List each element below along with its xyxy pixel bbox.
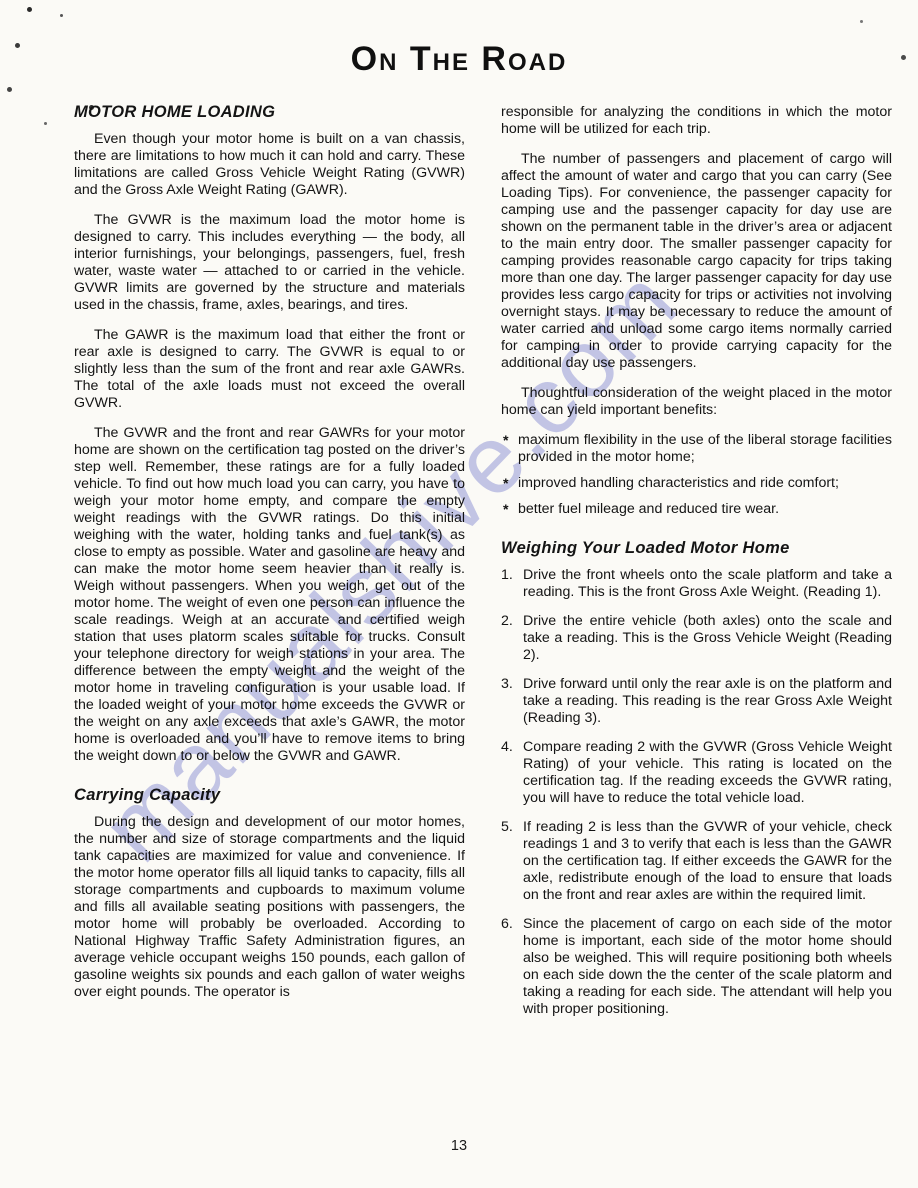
step-number: 4. — [501, 739, 523, 807]
section-heading-weighing: Weighing Your Loaded Motor Home — [501, 540, 892, 557]
scan-artifacts — [0, 0, 3, 3]
step-number: 5. — [501, 819, 523, 904]
step-number: 1. — [501, 567, 523, 601]
step-text: If reading 2 is less than the GVWR of yo… — [523, 819, 892, 904]
step-text: Drive forward until only the rear axle i… — [523, 676, 892, 727]
benefit-item-handling: * improved handling characteristics and … — [501, 475, 892, 492]
paragraph-continuation: responsible for analyzing the conditions… — [501, 104, 892, 138]
paragraph-gvwr-definition: The GVWR is the maximum load the motor h… — [74, 212, 465, 314]
step-number: 6. — [501, 916, 523, 1018]
manual-page: On The Road MOTOR HOME LOADING Even thou… — [0, 0, 918, 1188]
section-heading-carrying-capacity: Carrying Capacity — [74, 787, 465, 804]
right-column: responsible for analyzing the conditions… — [501, 104, 892, 1030]
step-text: Drive the entire vehicle (both axles) on… — [523, 613, 892, 664]
paragraph-certification-tag: The GVWR and the front and rear GAWRs fo… — [74, 425, 465, 765]
step-text: Drive the front wheels onto the scale pl… — [523, 567, 892, 601]
weighing-step-4: 4. Compare reading 2 with the GVWR (Gros… — [501, 739, 892, 807]
asterisk-bullet-icon: * — [503, 502, 509, 519]
paragraph-passengers-cargo: The number of passengers and placement o… — [501, 151, 892, 372]
weighing-step-1: 1. Drive the front wheels onto the scale… — [501, 567, 892, 601]
paragraph-gawr-definition: The GAWR is the maximum load that either… — [74, 327, 465, 412]
step-text: Compare reading 2 with the GVWR (Gross V… — [523, 739, 892, 807]
weighing-step-2: 2. Drive the entire vehicle (both axles)… — [501, 613, 892, 664]
paragraph-carrying-capacity: During the design and development of our… — [74, 814, 465, 1001]
benefit-text: improved handling characteristics and ri… — [518, 475, 839, 491]
weighing-step-6: 6. Since the placement of cargo on each … — [501, 916, 892, 1018]
asterisk-bullet-icon: * — [503, 433, 509, 450]
page-title: On The Road — [0, 40, 918, 79]
step-text: Since the placement of cargo on each sid… — [523, 916, 892, 1018]
asterisk-bullet-icon: * — [503, 476, 509, 493]
paragraph-van-chassis: Even though your motor home is built on … — [74, 131, 465, 199]
step-number: 2. — [501, 613, 523, 664]
benefit-text: maximum flexibility in the use of the li… — [518, 432, 892, 465]
section-heading-motor-home-loading: MOTOR HOME LOADING — [74, 104, 465, 121]
weighing-step-5: 5. If reading 2 is less than the GVWR of… — [501, 819, 892, 904]
two-column-layout: MOTOR HOME LOADING Even though your moto… — [74, 104, 892, 1030]
page-number: 13 — [0, 1138, 918, 1154]
step-number: 3. — [501, 676, 523, 727]
weighing-step-3: 3. Drive forward until only the rear axl… — [501, 676, 892, 727]
benefit-item-mileage: * better fuel mileage and reduced tire w… — [501, 501, 892, 518]
benefit-item-storage: * maximum flexibility in the use of the … — [501, 432, 892, 466]
benefit-text: better fuel mileage and reduced tire wea… — [518, 501, 779, 517]
paragraph-benefits-intro: Thoughtful consideration of the weight p… — [501, 385, 892, 419]
left-column: MOTOR HOME LOADING Even though your moto… — [74, 104, 465, 1030]
